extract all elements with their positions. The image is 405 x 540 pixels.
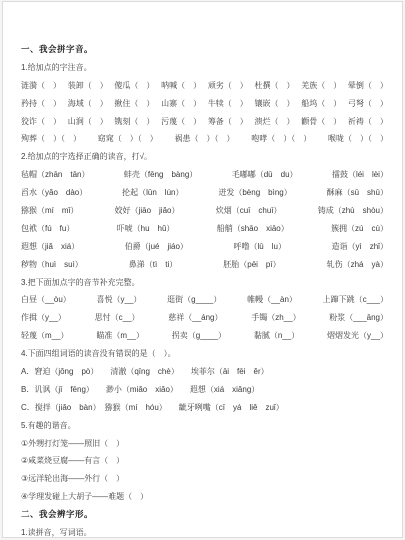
syllable-blank: 熠熠发光（y__） <box>327 327 388 345</box>
word-blank: 涟漪（ ） <box>21 77 61 95</box>
syllable-blank: 粉浆（___āng） <box>329 309 388 327</box>
word-double-blank: 祸患（ ）（ ） <box>175 130 235 148</box>
pronunciation-choice: 舀水（yǎo dào） <box>21 184 87 202</box>
pronunciation-choice: 包袱（fú fu） <box>21 220 74 238</box>
q4-instruction: 4.下面四组词语的读音没有错误的是（ ）。 <box>21 345 388 363</box>
word-blank: 溃烂（ ） <box>255 113 295 131</box>
section1-title: 一、我会拼字音。 <box>21 41 388 59</box>
q5-item-4: ④学理发碰上大胡子——难题（ ） <box>21 488 388 506</box>
word-blank: 镌刻（ ） <box>114 113 154 131</box>
q3-syllable-row-1: 白昼（__òu）喜悦（y__）逛街（g____）帷幔（__àn）上蹿下跳（c__… <box>21 291 388 309</box>
q1-instruction: 1.给加点的字注音。 <box>21 59 388 77</box>
pronunciation-choice: 毛嘟嘟（dū du） <box>232 166 298 184</box>
word-blank: 装卸（ ） <box>68 77 108 95</box>
syllable-blank: 瞄准（m__） <box>96 327 144 345</box>
word-blank: 污蔑（ ） <box>161 113 201 131</box>
word-blank: 祈祷（ ） <box>348 113 388 131</box>
q2-choice-row-6: 秽物（huì suì）鼻涕（tì ti）胚胎（pēi pī）轧伤（zhá yà） <box>21 256 388 274</box>
q3-syllable-row-2: 作揖（y__）思忖（c__）慈祥（__áng）手镯（zh__）粉浆（___āng… <box>21 309 388 327</box>
pronunciation-choice: 吓唬（hu hǔ） <box>117 220 175 238</box>
q4-option-c: C．搅拌（jiǎo bàn） 猕猴（mí hóu） 龇牙咧嘴（cī yá liě… <box>21 399 388 417</box>
q2-instruction: 2.给加点的字选择正确的读音，打√。 <box>21 148 388 166</box>
syllable-blank: 喜悦（y__） <box>97 291 142 309</box>
word-blank: 山涧（ ） <box>68 113 108 131</box>
worksheet-page: 一、我会拼字音。 1.给加点的字注音。 涟漪（ ）装卸（ ）傻瓜（ ）呐喊（ ）… <box>2 1 403 538</box>
word-blank: 颧骨（ ） <box>301 113 341 131</box>
word-blank: 矜持（ ） <box>21 95 61 113</box>
q4-option-b: B．讥讽（jī fēng） 渺小（miǎo xiǎo） 遐想（xiá xiǎng… <box>21 381 388 399</box>
word-blank: 镶嵌（ ） <box>255 95 295 113</box>
pronunciation-choice: 鼻涕（tì ti） <box>129 256 177 274</box>
word-blank: 山寨（ ） <box>161 95 201 113</box>
q5-item-2: ②咸菜烧豆腐——有言（ ） <box>21 452 388 470</box>
pronunciation-choice: 酥麻（sū shū） <box>327 184 388 202</box>
word-blank: 筹备（ ） <box>208 113 248 131</box>
word-blank: 呐喊（ ） <box>161 77 201 95</box>
word-blank: 船坞（ ） <box>301 95 341 113</box>
word-blank: 羌族（ ） <box>301 77 341 95</box>
pronunciation-choice: 猕猴（mí mǐ） <box>21 202 78 220</box>
section2-title: 二、我会辨字形。 <box>21 506 388 524</box>
syllable-blank: 作揖（y__） <box>21 309 66 327</box>
q5-item-3: ③远洋轮出海——外行（ ） <box>21 470 388 488</box>
q5-item-1: ①外甥打灯笼——照旧（ ） <box>21 435 388 453</box>
q2-choice-row-2: 舀水（yǎo dào）抡起（lūn lún）迸发（bèng bìng）酥麻（sū… <box>21 184 388 202</box>
syllable-blank: 逛街（g____） <box>167 291 221 309</box>
pronunciation-choice: 炊烟（cuī chuī） <box>216 202 282 220</box>
pronunciation-choice: 擂鼓（léi lèi） <box>332 166 388 184</box>
syllable-blank: 慈祥（__áng） <box>168 309 222 327</box>
pronunciation-choice: 簇拥（zú cù） <box>331 220 388 238</box>
q2-choice-row-5: 遐想（jiǎ xiá）伯爵（jué jiáo）呼噜（lū lu）造诣（yì zh… <box>21 238 388 256</box>
word-blank: 晕倒（ ） <box>348 77 388 95</box>
syllable-blank: 轻蔑（m__） <box>21 327 69 345</box>
word-blank: 狡诈（ ） <box>21 113 61 131</box>
word-double-blank: 咆哮（ ）（ ） <box>251 130 311 148</box>
word-blank: 顽劣（ ） <box>208 77 248 95</box>
q5-instruction: 5.有趣的谐音。 <box>21 417 388 435</box>
pronunciation-choice: 毡帽（zhān tān） <box>21 166 89 184</box>
word-double-blank: 喉咙（ ）（ ） <box>328 130 388 148</box>
q1-annotation-row-3: 狡诈（ ）山涧（ ）镌刻（ ）污蔑（ ）筹备（ ）溃烂（ ）颧骨（ ）祈祷（ ） <box>21 113 388 131</box>
word-double-blank: 窈窕（ ）（ ） <box>98 130 158 148</box>
syllable-blank: 白昼（__òu） <box>21 291 71 309</box>
syllable-blank: 上蹿下跳（c___） <box>323 291 388 309</box>
word-blank: 杜撰（ ） <box>255 77 295 95</box>
q3-syllable-row-3: 轻蔑（m__）瞄准（m__）拐卖（g____）黏腻（n__）熠熠发光（y__） <box>21 327 388 345</box>
word-blank: 弓弩（ ） <box>348 95 388 113</box>
q2-choice-row-4: 包袱（fú fu）吓唬（hu hǔ）船艄（shāo xiāo）簇拥（zú cù） <box>21 220 388 238</box>
pronunciation-choice: 迸发（bèng bìng） <box>218 184 291 202</box>
word-double-blank: 殉葬（ ）（ ） <box>21 130 81 148</box>
word-blank: 牛犊（ ） <box>208 95 248 113</box>
pronunciation-choice: 姣好（jiāo jiǎo） <box>115 202 180 220</box>
q2-choice-row-3: 猕猴（mí mǐ）姣好（jiāo jiǎo）炊烟（cuī chuī）铸成（zhù… <box>21 202 388 220</box>
word-blank: 海域（ ） <box>68 95 108 113</box>
q2-choice-row-1: 毡帽（zhān tān）蚌壳（fēng bàng）毛嘟嘟（dū du）擂鼓（lé… <box>21 166 388 184</box>
q1-annotation-row-1: 涟漪（ ）装卸（ ）傻瓜（ ）呐喊（ ）顽劣（ ）杜撰（ ）羌族（ ）晕倒（ ） <box>21 77 388 95</box>
pronunciation-choice: 蚌壳（fēng bàng） <box>124 166 197 184</box>
syllable-blank: 拐卖（g____） <box>172 327 226 345</box>
pronunciation-choice: 秽物（huì suì） <box>21 256 83 274</box>
pronunciation-choice: 船艄（shāo xiāo） <box>217 220 289 238</box>
pronunciation-choice: 伯爵（jué jiáo） <box>125 238 188 256</box>
word-blank: 揪住（ ） <box>114 95 154 113</box>
q1-annotation-row-4: 殉葬（ ）（ ）窈窕（ ）（ ）祸患（ ）（ ）咆哮（ ）（ ）喉咙（ ）（ ） <box>21 130 388 148</box>
q1-annotation-row-2: 矜持（ ）海域（ ）揪住（ ）山寨（ ）牛犊（ ）镶嵌（ ）船坞（ ）弓弩（ ） <box>21 95 388 113</box>
word-blank: 傻瓜（ ） <box>114 77 154 95</box>
syllable-blank: 手镯（zh__） <box>251 309 300 327</box>
pronunciation-choice: 胚胎（pēi pī） <box>223 256 280 274</box>
syllable-blank: 思忖（c__） <box>95 309 140 327</box>
pronunciation-choice: 抡起（lūn lún） <box>122 184 183 202</box>
pronunciation-choice: 呼噜（lū lu） <box>234 238 286 256</box>
q3-instruction: 3.把下面加点字的音节补充完整。 <box>21 274 388 292</box>
syllable-blank: 帷幔（__àn） <box>247 291 297 309</box>
q4-option-a: A．窘迫（jǒng pò） 清澈（qīng chè） 埃菲尔（āi fēi ěr… <box>21 363 388 381</box>
pronunciation-choice: 造诣（yì zhǐ） <box>332 238 388 256</box>
syllable-blank: 黏腻（n__） <box>254 327 299 345</box>
pronunciation-choice: 铸成（zhù shòu） <box>318 202 388 220</box>
pronunciation-choice: 轧伤（zhá yà） <box>327 256 388 274</box>
pronunciation-choice: 遐想（jiǎ xiá） <box>21 238 79 256</box>
s2-q1-instruction: 1.读拼音，写词语。 <box>21 524 388 538</box>
